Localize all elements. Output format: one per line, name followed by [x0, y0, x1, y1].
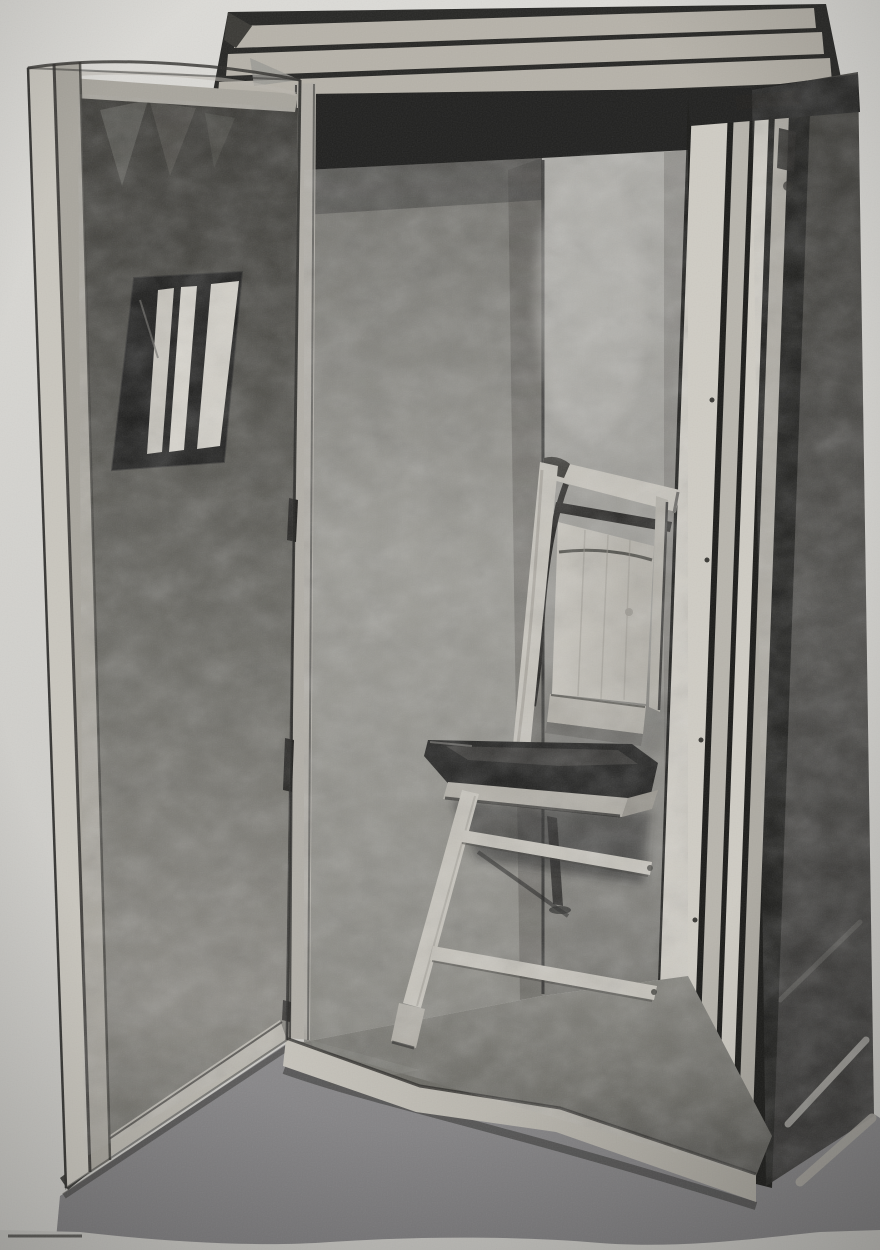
vignette	[0, 0, 880, 1250]
photo-canvas	[0, 0, 880, 1250]
photo-frame	[0, 0, 880, 1250]
